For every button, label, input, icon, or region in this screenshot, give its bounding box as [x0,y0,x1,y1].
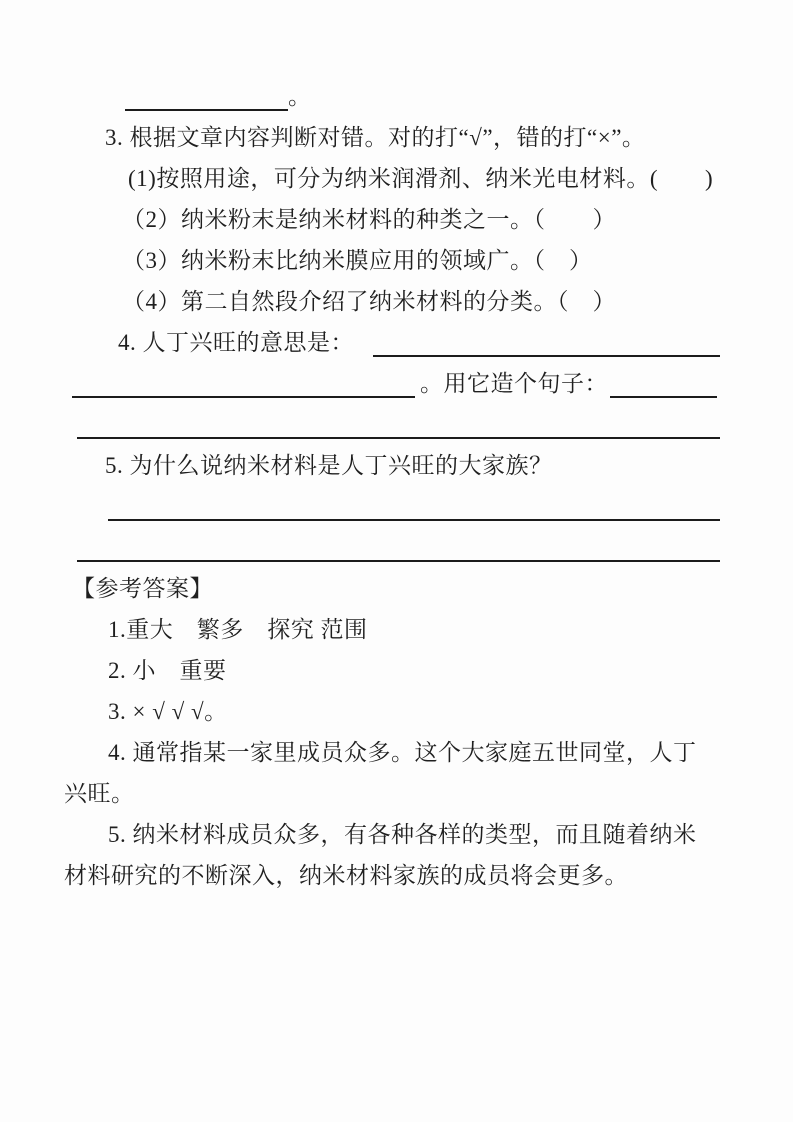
answer-underline [77,560,720,562]
question-4-lead-line: 4. 人丁兴旺的意思是： [64,322,720,363]
answer-blank-line [64,404,720,445]
answer-key-header: 【参考答案】 [64,568,720,609]
worksheet-page: 。 3. 根据文章内容判断对错。对的打“√”，错的打“×”。 (1)按照用途，可… [0,0,793,1122]
answer-underline [610,396,717,398]
question-4-second-line: 。用它造个句子： [64,363,720,404]
question-3-item-1: (1)按照用途，可分为纳米润滑剂、纳米光电材料。( ) [64,158,720,199]
answer-4-line-2: 兴旺。 [64,773,720,814]
answer-2: 2. 小 重要 [64,650,720,691]
question-4-mid-text: 。用它造个句子： [420,363,608,404]
answer-underline [108,519,720,521]
question-5-title: 5. 为什么说纳米材料是人丁兴旺的大家族？ [64,445,720,486]
question-3-item-4: （4）第二自然段介绍了纳米材料的分类。（ ） [64,281,720,322]
answer-underline [77,437,720,439]
question-3-item-3: （3）纳米粉末比纳米膜应用的领域广。（ ） [64,240,720,281]
answer-1: 1.重大 繁多 探究 范围 [64,609,720,650]
answer-underline [373,355,720,357]
answer-blank-line [64,486,720,527]
fill-blank-short-line: 。 [64,76,720,117]
question-3-title: 3. 根据文章内容判断对错。对的打“√”，错的打“×”。 [64,117,720,158]
answer-3: 3. × √ √ √。 [64,691,720,732]
blank-underline [125,109,288,111]
answer-5-line-2: 材料研究的不断深入，纳米材料家族的成员将会更多。 [64,855,720,896]
answer-5-line-1: 5. 纳米材料成员众多，有各种各样的类型，而且随着纳米 [64,814,720,855]
question-4-lead-text: 4. 人丁兴旺的意思是： [118,330,354,355]
answer-4-line-1: 4. 通常指某一家里成员众多。这个大家庭五世同堂，人丁 [64,732,720,773]
question-3-item-2: （2）纳米粉末是纳米材料的种类之一。（ ） [64,199,720,240]
answer-underline [72,396,415,398]
blank-suffix-period: 。 [288,76,312,117]
answer-blank-line [64,527,720,568]
